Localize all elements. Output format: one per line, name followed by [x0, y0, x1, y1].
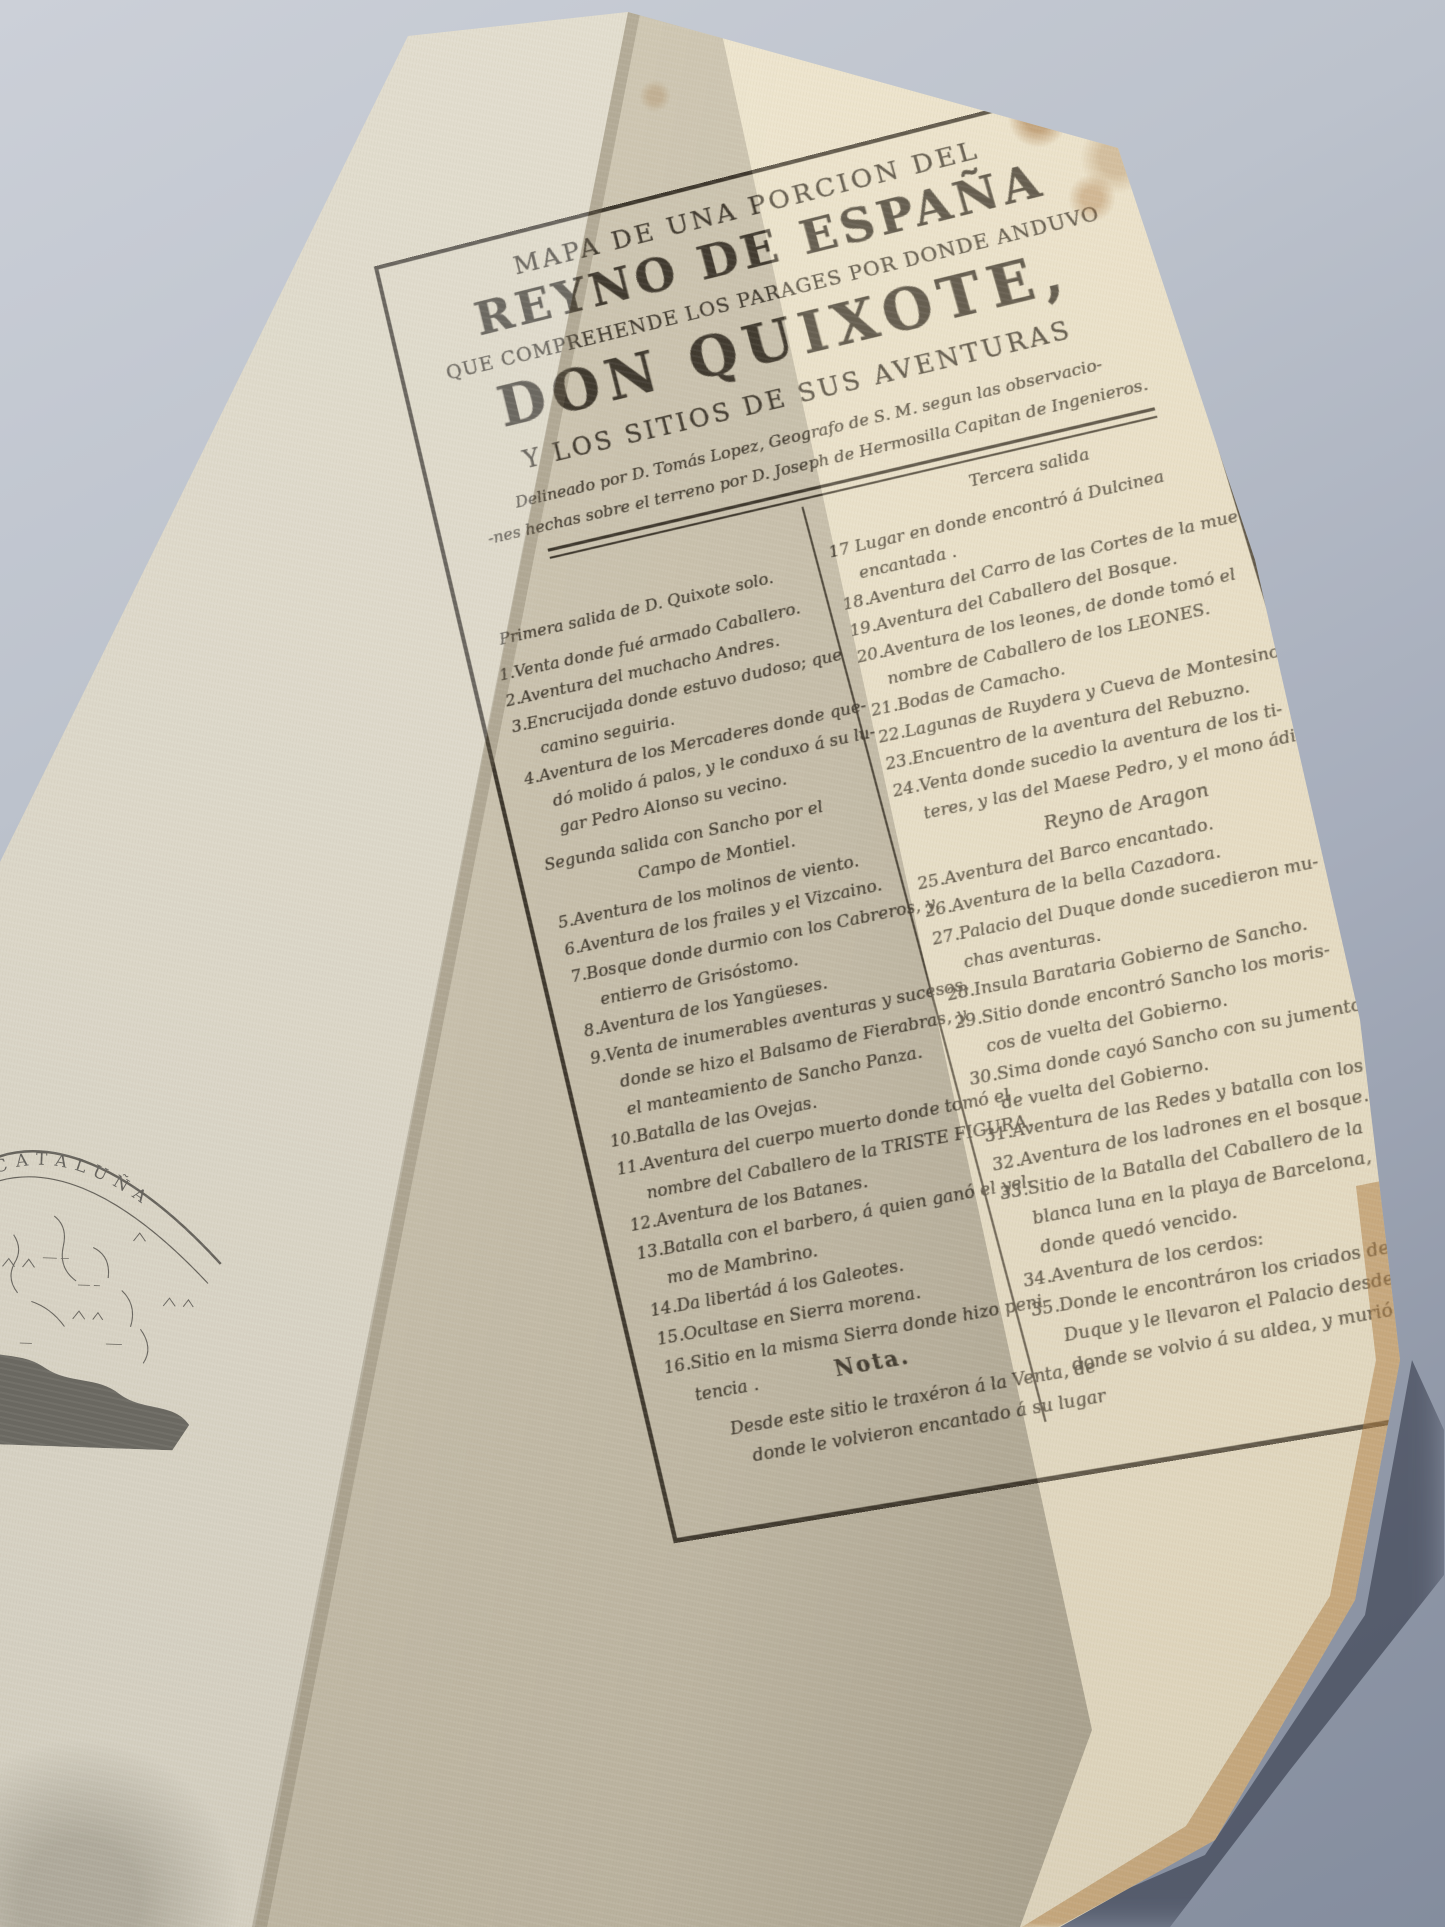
photo-antique-quixote-map-index: CATALUÑA	[0, 0, 1445, 1927]
map-engraving: CATALUÑA	[0, 1114, 238, 1453]
map-dark-shading	[0, 1350, 191, 1451]
map-rivers	[8, 1215, 152, 1364]
map-region-label: CATALUÑA	[0, 1148, 158, 1212]
map-fragment: CATALUÑA	[0, 1114, 238, 1453]
